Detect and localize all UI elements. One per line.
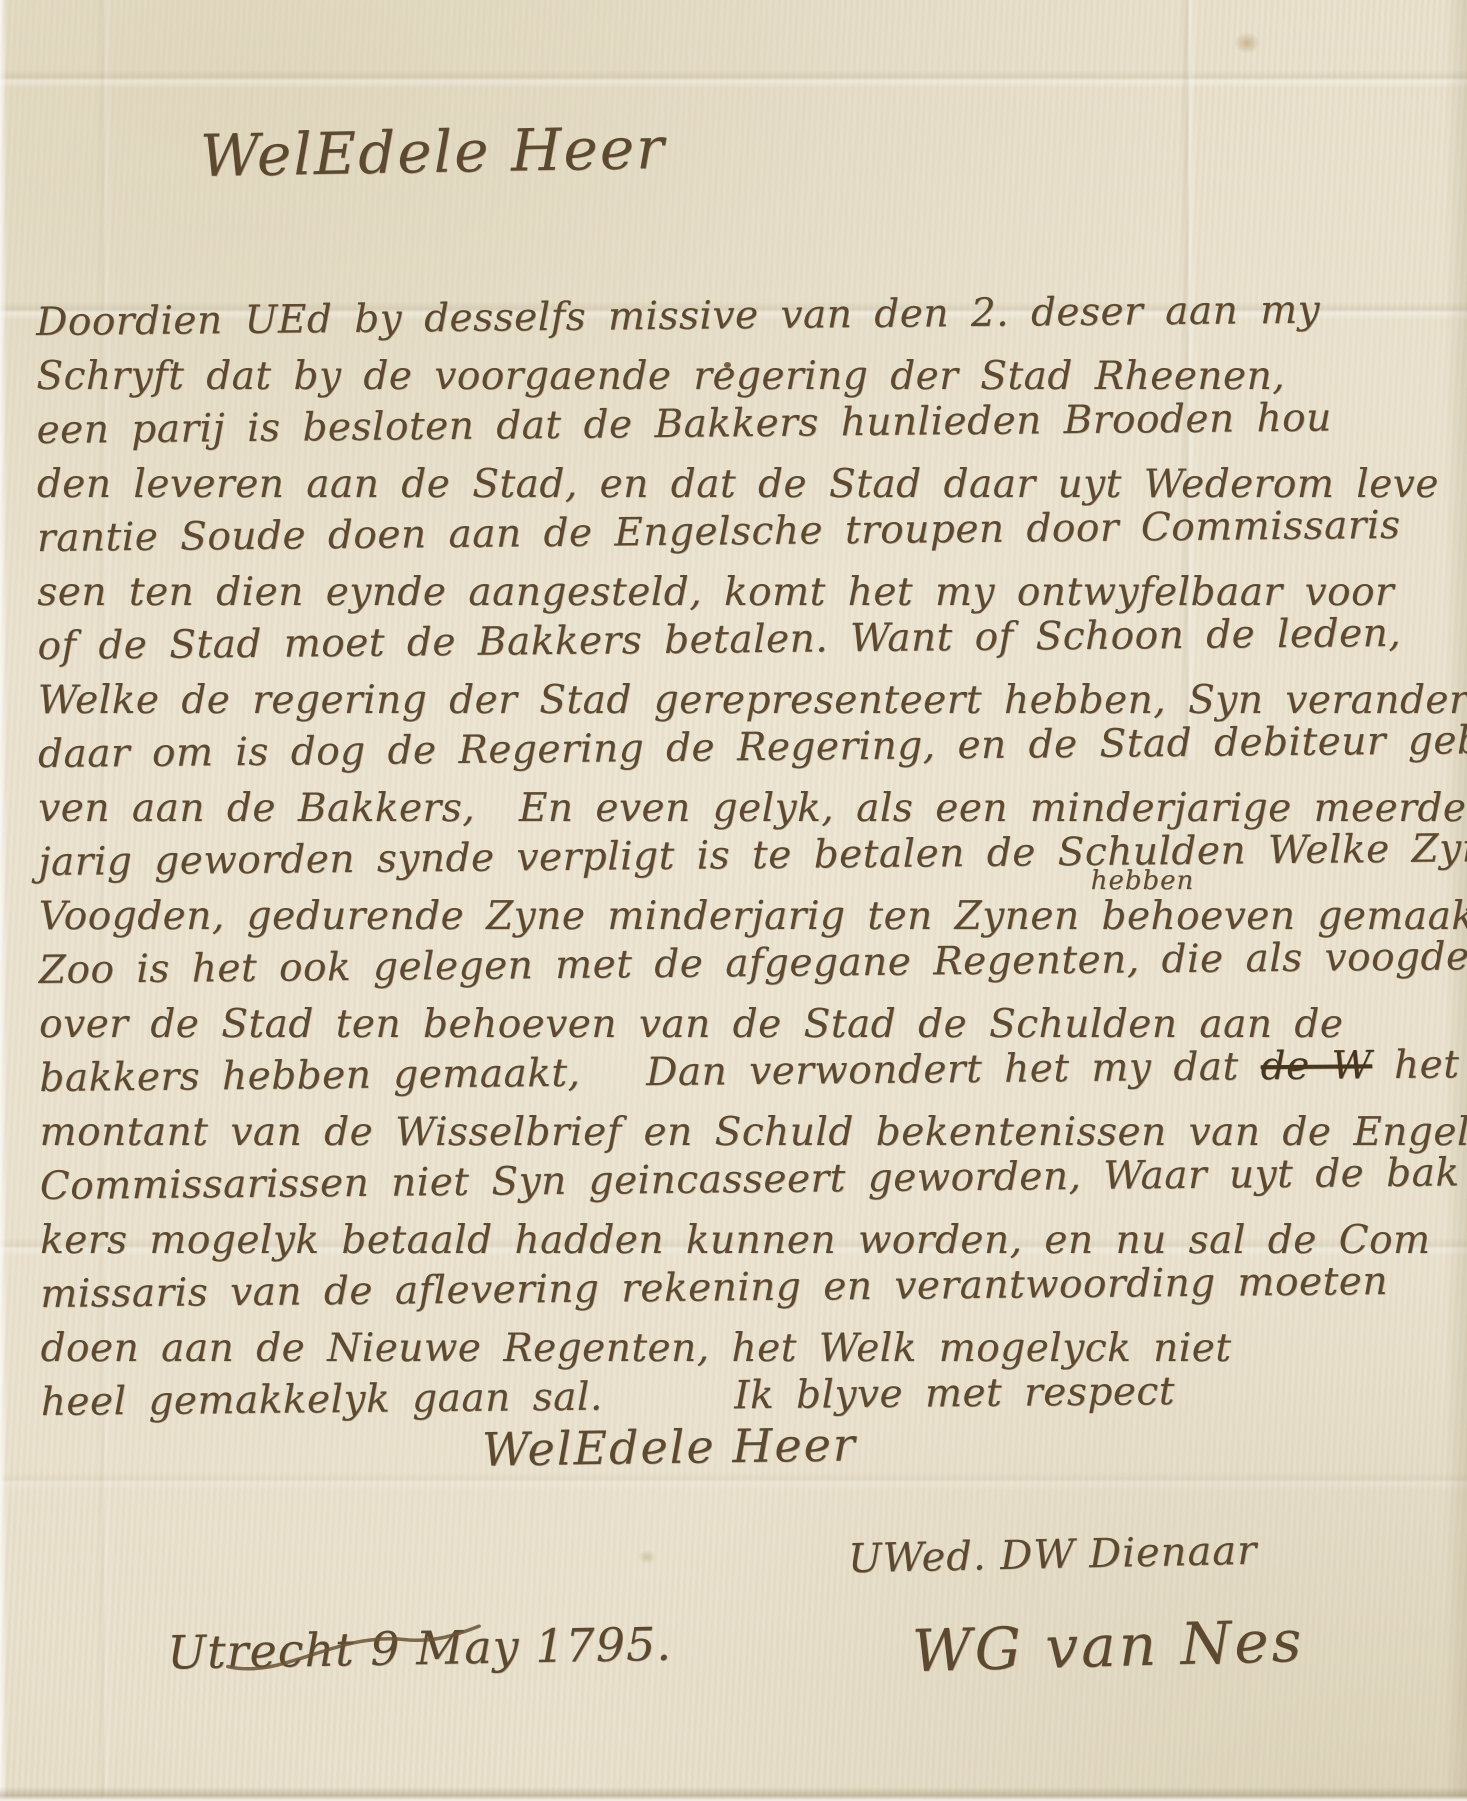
salutation: WelEdele Heer: [199, 114, 666, 190]
line-text: het: [1372, 1042, 1460, 1088]
dateline: Utrecht 9 May 1795.: [72, 1563, 674, 1789]
fold-crease: [0, 1472, 1467, 1490]
struck-word: de W: [1260, 1043, 1372, 1089]
signature: WG van Nes: [911, 1607, 1305, 1685]
paper-stain: [1234, 32, 1260, 54]
fold-crease: [0, 70, 1467, 88]
scan-edge: [0, 1787, 1467, 1801]
flourish-underline: [223, 1624, 484, 1679]
letter-paper: WelEdele Heer Doordien UEd by desselfs m…: [0, 0, 1467, 1801]
paper-stain: [638, 1550, 656, 1564]
line-text: bakkers hebben gemaakt, Dan verwondert h…: [39, 1044, 1261, 1101]
letter-line: Doordien UEd by desselfs missive van den…: [36, 283, 1436, 350]
closing-salutation: WelEdele Heer: [482, 1417, 858, 1476]
inserted-word: hebben: [1091, 868, 1195, 894]
letter-body: Doordien UEd by desselfs missive van den…: [36, 290, 1441, 1430]
letter-scan: WelEdele Heer Doordien UEd by desselfs m…: [0, 0, 1467, 1801]
scan-edge: [0, 0, 7, 1801]
compliment-close: UWed. DW Dienaar: [848, 1528, 1258, 1583]
